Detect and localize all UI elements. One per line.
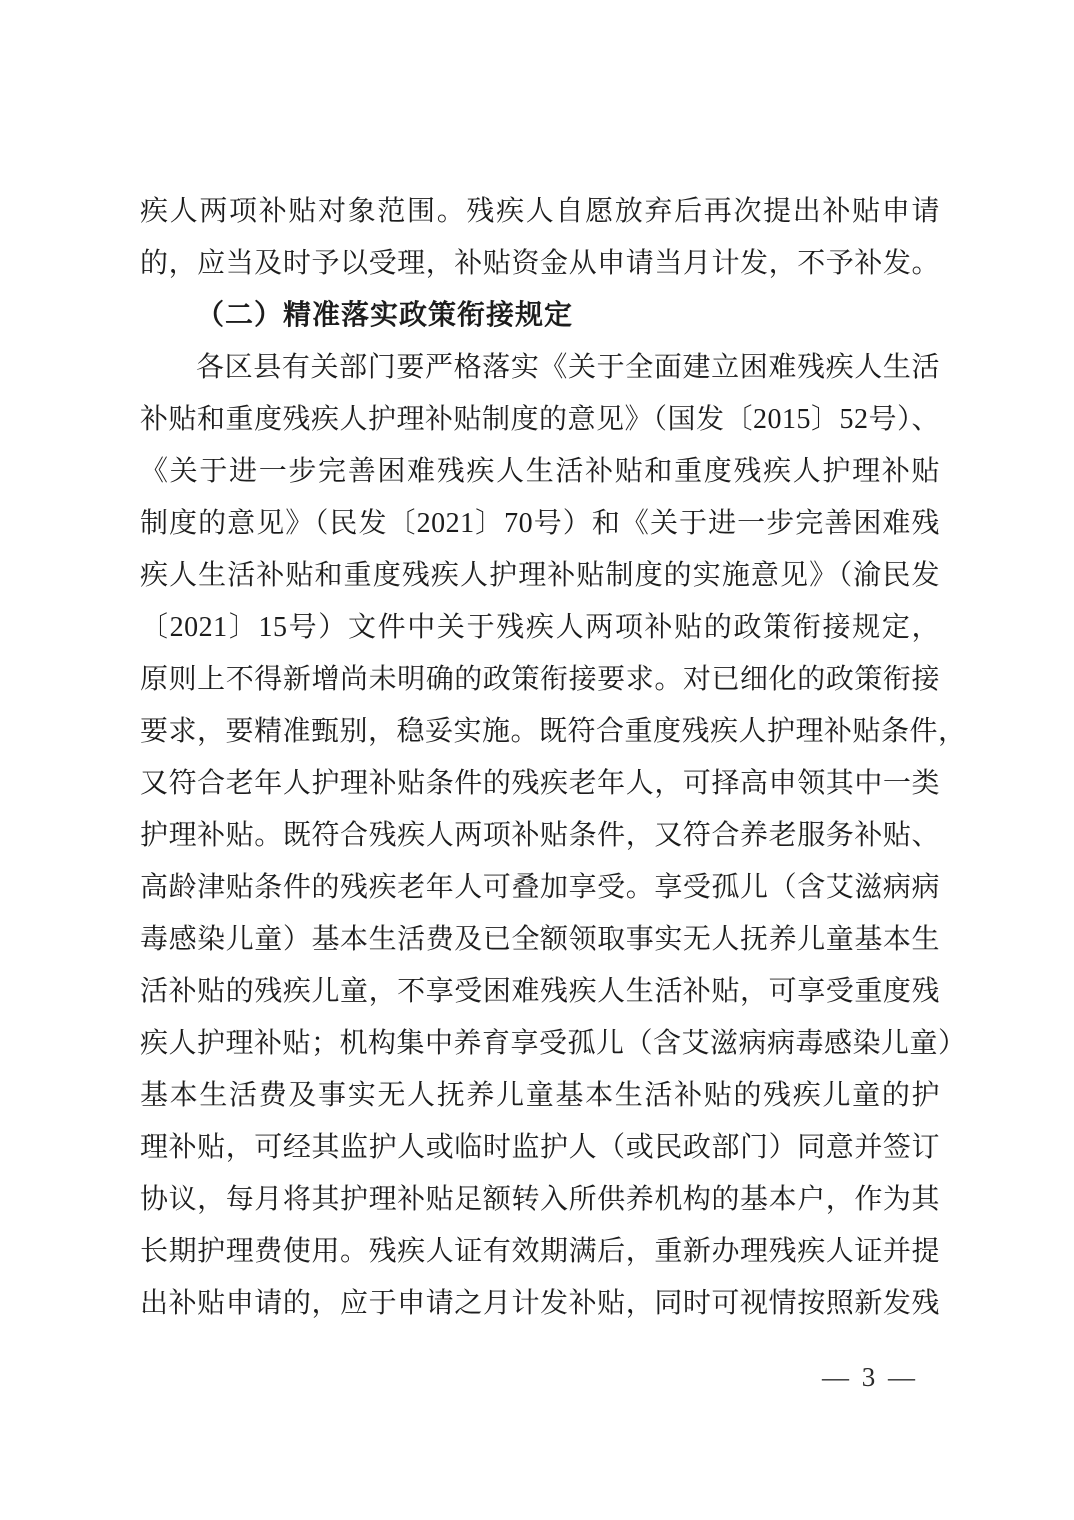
text-line: 疾人护理补贴；机构集中养育享受孤儿（含艾滋病病毒感染儿童）	[140, 1018, 940, 1070]
text-line: 高龄津贴条件的残疾老年人可叠加享受。享受孤儿（含艾滋病病	[140, 862, 940, 914]
text-line: 各区县有关部门要严格落实《关于全面建立困难残疾人生活	[140, 342, 940, 394]
text-line: 长期护理费使用。残疾人证有效期满后，重新办理残疾人证并提	[140, 1226, 940, 1278]
section-heading: （二）精准落实政策衔接规定	[140, 290, 940, 342]
text-line: 基本生活费及事实无人抚养儿童基本生活补贴的残疾儿童的护	[140, 1070, 940, 1122]
document-body: 疾人两项补贴对象范围。残疾人自愿放弃后再次提出补贴申请 的，应当及时予以受理，补…	[140, 186, 940, 1330]
text-line: 原则上不得新增尚未明确的政策衔接要求。对已细化的政策衔接	[140, 654, 940, 706]
text-line: 活补贴的残疾儿童，不享受困难残疾人生活补贴，可享受重度残	[140, 966, 940, 1018]
text-line: 补贴和重度残疾人护理补贴制度的意见》（国发〔2015〕52号）、	[140, 394, 940, 446]
page-number: — 3 —	[822, 1362, 918, 1392]
text-line: 毒感染儿童）基本生活费及已全额领取事实无人抚养儿童基本生	[140, 914, 940, 966]
text-line: 理补贴，可经其监护人或临时监护人（或民政部门）同意并签订	[140, 1122, 940, 1174]
text-line: 协议，每月将其护理补贴足额转入所供养机构的基本户，作为其	[140, 1174, 940, 1226]
text-line: 出补贴申请的，应于申请之月计发补贴，同时可视情按照新发残	[140, 1278, 940, 1330]
text-line: 要求，要精准甄别，稳妥实施。既符合重度残疾人护理补贴条件，	[140, 706, 940, 758]
text-line: 〔2021〕15号）文件中关于残疾人两项补贴的政策衔接规定，	[140, 602, 940, 654]
text-line: 护理补贴。既符合残疾人两项补贴条件，又符合养老服务补贴、	[140, 810, 940, 862]
text-line: 疾人两项补贴对象范围。残疾人自愿放弃后再次提出补贴申请	[140, 186, 940, 238]
text-line: 的，应当及时予以受理，补贴资金从申请当月计发，不予补发。	[140, 238, 940, 290]
text-line: 制度的意见》（民发〔2021〕70号）和《关于进一步完善困难残	[140, 498, 940, 550]
text-line: 疾人生活补贴和重度残疾人护理补贴制度的实施意见》（渝民发	[140, 550, 940, 602]
text-line: 《关于进一步完善困难残疾人生活补贴和重度残疾人护理补贴	[140, 446, 940, 498]
document-page: 疾人两项补贴对象范围。残疾人自愿放弃后再次提出补贴申请 的，应当及时予以受理，补…	[0, 0, 1074, 1520]
text-line: 又符合老年人护理补贴条件的残疾老年人，可择高申领其中一类	[140, 758, 940, 810]
